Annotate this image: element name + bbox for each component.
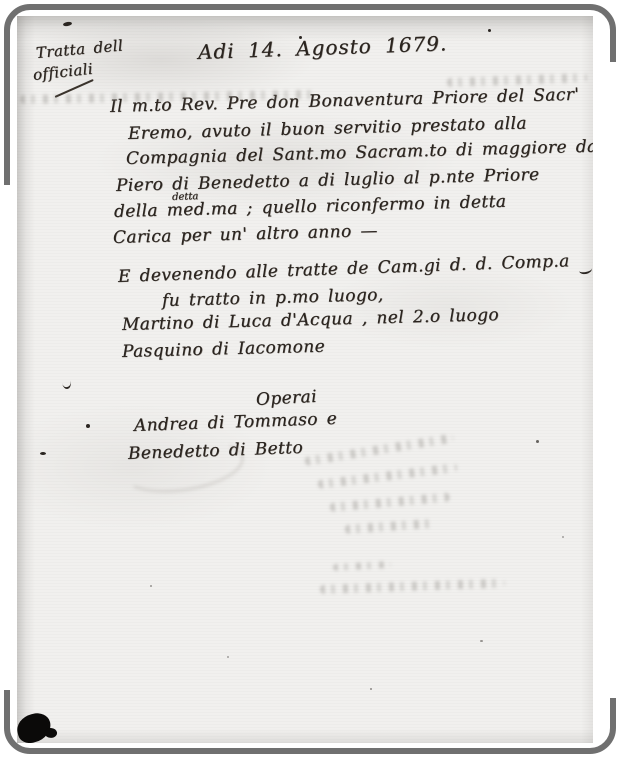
manuscript-page: Tratta dell officiali Adi 14. Agosto 167… xyxy=(17,16,593,743)
date-line: Adi 14. Agosto 1679. xyxy=(198,31,448,64)
manuscript-line: E devenendo alle tratte de Cam.gi d. d. … xyxy=(118,251,570,287)
stray-mark xyxy=(578,264,592,275)
bleedthrough-text xyxy=(304,434,454,466)
section-heading: Operai xyxy=(255,387,317,410)
bleedthrough-text xyxy=(317,463,457,489)
stray-mark xyxy=(61,374,73,390)
bleedthrough-flourish xyxy=(117,433,247,500)
manuscript-line: Pasquino di Iacomone xyxy=(122,337,326,362)
bleedthrough-text xyxy=(330,493,450,512)
ink-speck xyxy=(536,440,539,443)
ink-speck xyxy=(40,452,46,455)
frame-mask-left xyxy=(0,185,17,690)
paper-speck xyxy=(562,536,564,538)
ink-blot xyxy=(44,726,59,739)
frame-mask-right xyxy=(596,62,620,698)
margin-note-line: Tratta dell xyxy=(35,36,124,62)
ink-speck xyxy=(299,36,302,39)
ink-speck xyxy=(488,29,491,32)
scanned-document-view: Tratta dell officiali Adi 14. Agosto 167… xyxy=(0,0,620,760)
margin-note-line: officiali xyxy=(32,60,94,84)
ink-speck xyxy=(86,424,90,428)
paper-speck xyxy=(370,688,372,690)
manuscript-line: Carica per un' altro anno — xyxy=(113,221,378,248)
paper-speck xyxy=(480,640,483,642)
bleedthrough-text xyxy=(345,519,435,534)
officer-name: Andrea di Tommaso e xyxy=(134,409,338,436)
superscript-correction: detta xyxy=(172,191,199,203)
paper-speck xyxy=(150,585,152,587)
bleedthrough-text xyxy=(333,561,391,571)
bleedthrough-text xyxy=(320,579,505,594)
paper-speck xyxy=(227,656,229,658)
manuscript-line: fu tratto in p.mo luogo, xyxy=(162,285,384,311)
ink-blot xyxy=(17,710,54,743)
ink-speck xyxy=(63,21,73,27)
